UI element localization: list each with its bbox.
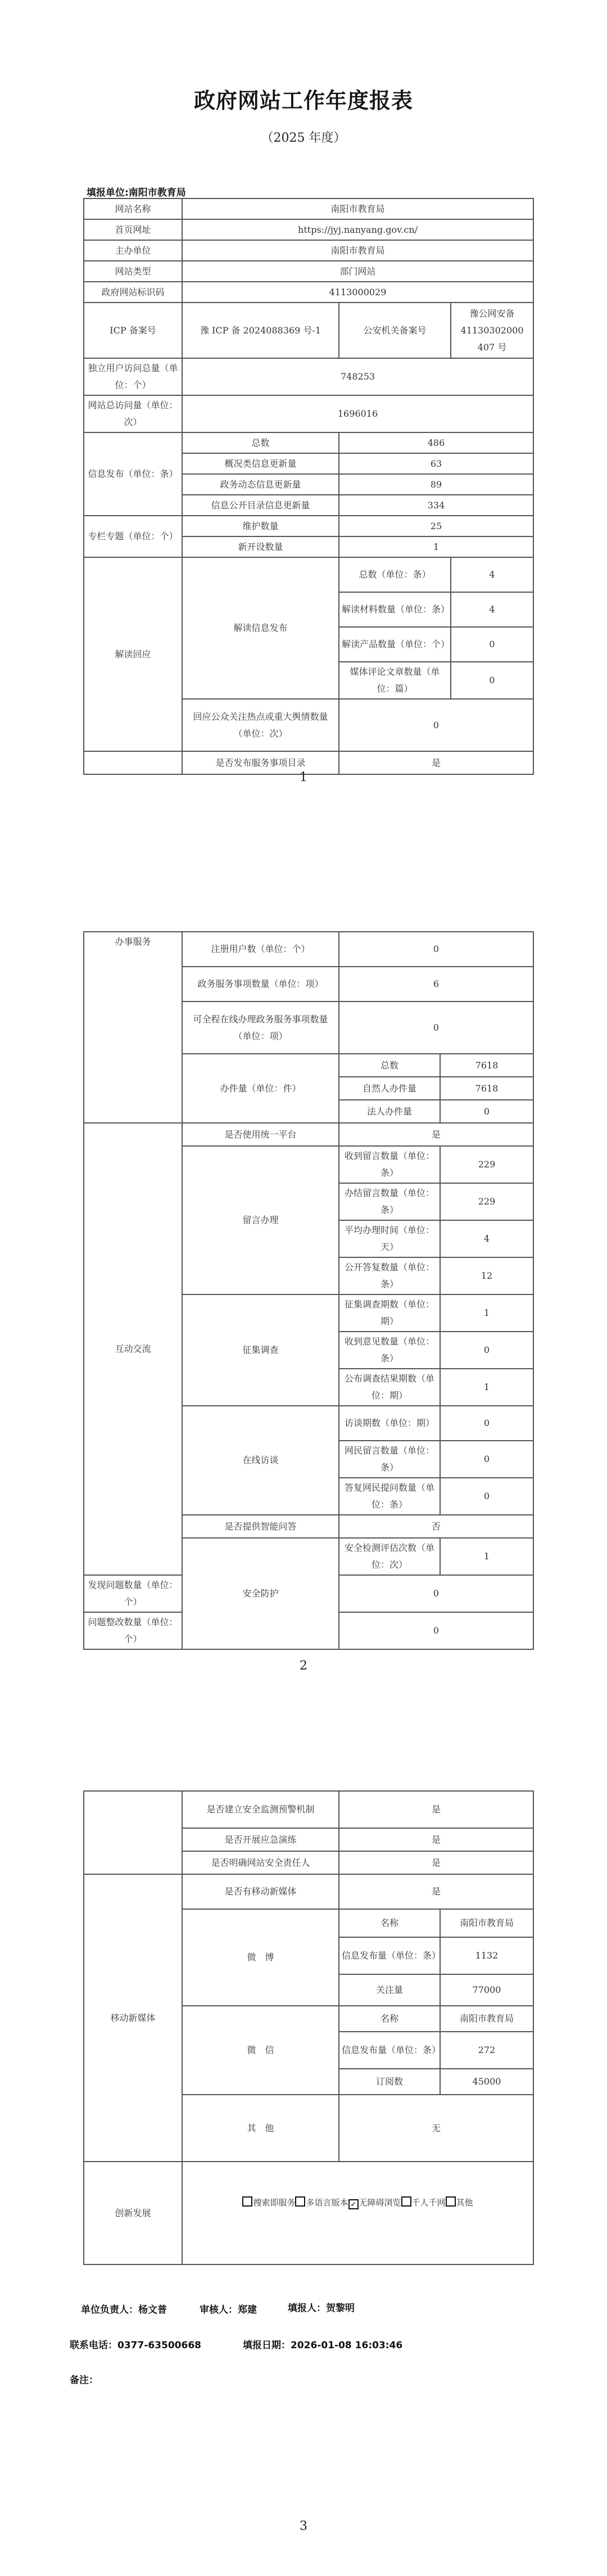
report-year: （2025 年度）: [0, 128, 607, 146]
interview-row-value: 0: [440, 1441, 533, 1478]
interpret-row-label: 解读产品数量（单位：个）: [339, 627, 451, 662]
smart-qa-label: 是否提供智能问答: [182, 1515, 339, 1538]
unified-platform-label: 是否使用统一平台: [182, 1123, 339, 1146]
weibo-row-value: 77000: [440, 1974, 533, 2006]
site-code-value: 4113000029: [182, 282, 533, 303]
site-type-value: 部门网站: [182, 261, 533, 282]
survey-row-value: 1: [440, 1369, 533, 1406]
msg-row-value: 229: [440, 1146, 533, 1183]
columns-row-value: 25: [339, 516, 533, 536]
affairs-row-value: 0: [339, 932, 533, 967]
cases-row-value: 7618: [440, 1054, 533, 1077]
weibo-row-label: 信息发布量（单位：条）: [339, 1937, 440, 1974]
filler-person: 填报人：贺黎明: [288, 2300, 355, 2314]
pv-value: 1696016: [182, 395, 533, 432]
security-extra-value: 是: [339, 1828, 533, 1851]
affairs-row-label: 政务服务事项数量（单位：项）: [182, 967, 339, 1001]
interaction-label: 互动交流: [84, 1123, 182, 1575]
info-row-value: 89: [339, 474, 533, 495]
security-extra-label: 是否开展应急演练: [182, 1828, 339, 1851]
interview-row-label: 访谈期数（单位：期）: [339, 1406, 440, 1441]
affairs-row-value: 0: [339, 1001, 533, 1054]
fill-date: 填报日期：2026-01-08 16:03:46: [243, 2337, 402, 2351]
interpret-row-label: 解读材料数量（单位：条）: [339, 592, 451, 627]
security-row-label: 发现问题数量（单位：个）: [84, 1575, 182, 1612]
security-label: 安全防护: [182, 1538, 339, 1649]
other-media-value: 无: [339, 2095, 533, 2162]
site-name-value: 南阳市教育局: [182, 198, 533, 219]
info-row-label: 政务动态信息更新量: [182, 474, 339, 495]
columns-row-label: 新开设数量: [182, 536, 339, 557]
msg-row-label: 办结留言数量（单位：条）: [339, 1183, 440, 1220]
wechat-label: 微 信: [182, 2006, 339, 2095]
columns-label: 专栏专题（单位：个）: [84, 516, 182, 557]
wechat-row-label: 订阅数: [339, 2069, 440, 2095]
uv-value: 748253: [182, 358, 533, 395]
security-row-value: 1: [440, 1538, 533, 1575]
sponsor-label: 主办单位: [84, 240, 182, 261]
info-row-value: 334: [339, 495, 533, 516]
cases-row-label: 总数: [339, 1054, 440, 1077]
security-extra-label: 是否建立安全监测预警机制: [182, 1791, 339, 1828]
survey-row-value: 1: [440, 1294, 533, 1332]
site-code-label: 政府网站标识码: [84, 282, 182, 303]
innovation-option-accessibility[interactable]: ✓无障碍浏览: [348, 2198, 401, 2208]
affairs-row-value: 6: [339, 967, 533, 1001]
interview-row-label: 答复网民提问数量（单位：条）: [339, 1478, 440, 1515]
weibo-row-value: 1132: [440, 1937, 533, 1974]
interpret-row-label: 媒体评论文章数量（单位：篇）: [339, 662, 451, 699]
page-number: 2: [0, 1659, 607, 1673]
report-table-page3: 是否建立安全监测预警机制 是 是否开展应急演练 是 是否明确网站安全责任人 是 …: [83, 1790, 534, 2265]
checkbox-unchecked-icon[interactable]: [295, 2196, 305, 2207]
interpret-sub-label: 解读信息发布: [182, 557, 339, 699]
innovation-option-multilingual[interactable]: 多语言版本: [295, 2198, 348, 2208]
innovation-option-other[interactable]: 其他: [446, 2198, 473, 2208]
msg-row-value: 229: [440, 1183, 533, 1220]
security-row-value: 0: [339, 1575, 533, 1612]
cases-row-label: 法人办件量: [339, 1100, 440, 1123]
weibo-label: 微 博: [182, 1909, 339, 2006]
weibo-row-value: 南阳市教育局: [440, 1909, 533, 1937]
contact-phone: 联系电话：0377-63500668: [70, 2337, 201, 2351]
report-table-page1: 网站名称 南阳市教育局 首页网址 https://jyj.nanyang.gov…: [83, 198, 534, 775]
cases-row-label: 自然人办件量: [339, 1077, 440, 1100]
interview-row-value: 0: [440, 1478, 533, 1515]
icp-value: 豫 ICP 备 2024088369 号-1: [182, 303, 339, 358]
page-number: 1: [0, 770, 607, 784]
site-type-label: 网站类型: [84, 261, 182, 282]
wechat-row-value: 45000: [440, 2069, 533, 2095]
message-handling-label: 留言办理: [182, 1146, 339, 1294]
unified-platform-value: 是: [339, 1123, 533, 1146]
info-row-label: 信息公开目录信息更新量: [182, 495, 339, 516]
has-media-label: 是否有移动新媒体: [182, 1874, 339, 1909]
affairs-label: 办事服务: [84, 932, 182, 1123]
affairs-row-label: 可全程在线办理政务服务事项数量（单位：项）: [182, 1001, 339, 1054]
msg-row-label: 公开答复数量（单位：条）: [339, 1257, 440, 1294]
interview-label: 在线访谈: [182, 1406, 339, 1515]
interpret-row-value: 4: [451, 592, 533, 627]
other-media-label: 其 他: [182, 2095, 339, 2162]
interview-row-value: 0: [440, 1406, 533, 1441]
affairs-row-label: 注册用户数（单位：个）: [182, 932, 339, 967]
info-publish-label: 信息发布（单位：条）: [84, 432, 182, 516]
wechat-row-value: 272: [440, 2032, 533, 2069]
wechat-row-label: 名称: [339, 2006, 440, 2032]
url-value: https://jyj.nanyang.gov.cn/: [182, 219, 533, 240]
msg-row-value: 4: [440, 1220, 533, 1257]
icp-label: ICP 备案号: [84, 303, 182, 358]
interpret-row-label: 总数（单位：条）: [339, 557, 451, 592]
cases-label: 办件量（单位：件）: [182, 1054, 339, 1123]
interpret-row-value: 0: [451, 662, 533, 699]
cases-row-value: 7618: [440, 1077, 533, 1100]
security-extra-label: 是否明确网站安全责任人: [182, 1851, 339, 1874]
interpret-row-value: 0: [451, 627, 533, 662]
info-row-value: 63: [339, 453, 533, 474]
weibo-row-label: 关注量: [339, 1974, 440, 2006]
smart-qa-value: 否: [339, 1515, 533, 1538]
interview-row-label: 网民留言数量（单位：条）: [339, 1441, 440, 1478]
survey-label: 征集调查: [182, 1294, 339, 1406]
msg-row-label: 平均办理时间（单位：天）: [339, 1220, 440, 1257]
media-label: 移动新媒体: [84, 1874, 182, 2162]
security-row-label: 安全检测评估次数（单位：次）: [339, 1538, 440, 1575]
cases-row-value: 0: [440, 1100, 533, 1123]
columns-row-value: 1: [339, 536, 533, 557]
uv-label: 独立用户访问总量（单位：个）: [84, 358, 182, 395]
info-row-label: 概况类信息更新量: [182, 453, 339, 474]
security-row-label: 问题整改数量（单位：个）: [84, 1612, 182, 1649]
url-label: 首页网址: [84, 219, 182, 240]
msg-row-value: 12: [440, 1257, 533, 1294]
weibo-row-label: 名称: [339, 1909, 440, 1937]
police-label: 公安机关备案号: [339, 303, 451, 358]
interpret-label: 解读回应: [84, 557, 182, 751]
security-extra-value: 是: [339, 1791, 533, 1828]
checkbox-checked-icon[interactable]: ✓: [348, 2199, 359, 2209]
survey-row-label: 收到意见数量（单位：条）: [339, 1332, 440, 1369]
police-value: 豫公网安备 41130302000 407 号: [451, 303, 533, 358]
remark-label: 备注：: [70, 2372, 98, 2386]
report-table-page2: 办事服务 注册用户数（单位：个） 0 政务服务事项数量（单位：项） 6 可全程在…: [83, 931, 534, 1650]
page-number: 3: [0, 2519, 607, 2533]
pv-label: 网站总访问量（单位：次）: [84, 395, 182, 432]
unit-head: 单位负责人：杨文普: [81, 2302, 167, 2316]
survey-row-label: 公布调查结果期数（单位：期）: [339, 1369, 440, 1406]
innovation-options: 搜索即服务多语言版本✓无障碍浏览千人千网其他: [182, 2162, 533, 2264]
page-title: 政府网站工作年度报表: [0, 83, 607, 114]
innovation-label: 创新发展: [84, 2162, 182, 2264]
sponsor-value: 南阳市教育局: [182, 240, 533, 261]
info-row-value: 486: [339, 432, 533, 453]
checkbox-unchecked-icon[interactable]: [242, 2196, 252, 2207]
hot-response-value: 0: [339, 699, 533, 751]
interpret-row-value: 4: [451, 557, 533, 592]
empty-cell: [84, 1791, 182, 1874]
innovation-option-search-service[interactable]: 搜索即服务: [242, 2198, 295, 2208]
reviewer: 审核人：郑建: [200, 2302, 257, 2316]
msg-row-label: 收到留言数量（单位：条）: [339, 1146, 440, 1183]
security-row-value: 0: [339, 1612, 533, 1649]
checkbox-unchecked-icon[interactable]: [446, 2196, 456, 2207]
security-extra-value: 是: [339, 1851, 533, 1874]
survey-row-value: 0: [440, 1332, 533, 1369]
filling-unit: 填报单位:南阳市教育局: [87, 184, 186, 198]
site-name-label: 网站名称: [84, 198, 182, 219]
innovation-option-personalized[interactable]: 千人千网: [401, 2198, 446, 2208]
columns-row-label: 维护数量: [182, 516, 339, 536]
checkbox-unchecked-icon[interactable]: [401, 2196, 411, 2207]
info-row-label: 总数: [182, 432, 339, 453]
wechat-row-label: 信息发布量（单位：条）: [339, 2032, 440, 2069]
survey-row-label: 征集调查期数（单位：期）: [339, 1294, 440, 1332]
hot-response-label: 回应公众关注热点或重大舆情数量（单位：次）: [182, 699, 339, 751]
has-media-value: 是: [339, 1874, 533, 1909]
wechat-row-value: 南阳市教育局: [440, 2006, 533, 2032]
